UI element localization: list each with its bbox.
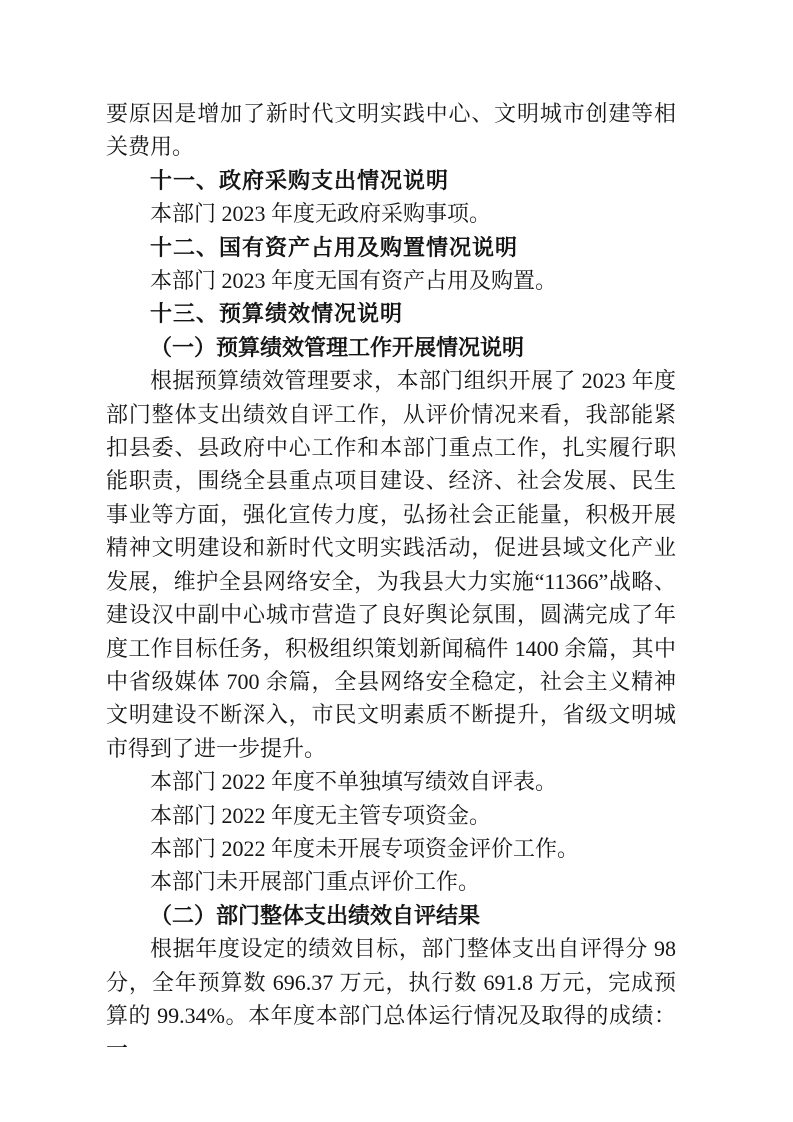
paragraph-no-special-funds: 本部门 2022 年度无主管专项资金。	[106, 799, 676, 832]
heading-state-assets: 十二、国有资产占用及购置情况说明	[106, 231, 676, 264]
paragraph-self-evaluation-result-detail: 根据年度设定的绩效目标，部门整体支出自评得分 98 分，全年预算数 696.37…	[106, 932, 676, 1066]
paragraph-no-special-funds-evaluation: 本部门 2022 年度未开展专项资金评价工作。	[106, 832, 676, 865]
heading-government-procurement: 十一、政府采购支出情况说明	[106, 164, 676, 197]
paragraph-performance-management-detail: 根据预算绩效管理要求，本部门组织开展了 2023 年度部门整体支出绩效自评工作，…	[106, 364, 676, 765]
paragraph-procurement-statement: 本部门 2023 年度无政府采购事项。	[106, 197, 676, 230]
subheading-performance-management: （一）预算绩效管理工作开展情况说明	[106, 331, 676, 364]
paragraph-state-assets-statement: 本部门 2023 年度无国有资产占用及购置。	[106, 264, 676, 297]
paragraph-no-self-evaluation-form: 本部门 2022 年度不单独填写绩效自评表。	[106, 765, 676, 798]
heading-budget-performance: 十三、预算绩效情况说明	[106, 297, 676, 330]
document-page: 要原因是增加了新时代文明实践中心、文明城市创建等相关费用。 十一、政府采购支出情…	[0, 0, 793, 1122]
paragraph-no-key-evaluation: 本部门未开展部门重点评价工作。	[106, 865, 676, 898]
subheading-self-evaluation-result: （二）部门整体支出绩效自评结果	[106, 899, 676, 932]
document-text-block: 要原因是增加了新时代文明实践中心、文明城市创建等相关费用。 十一、政府采购支出情…	[106, 97, 676, 1066]
paragraph-continuation: 要原因是增加了新时代文明实践中心、文明城市创建等相关费用。	[106, 97, 676, 164]
